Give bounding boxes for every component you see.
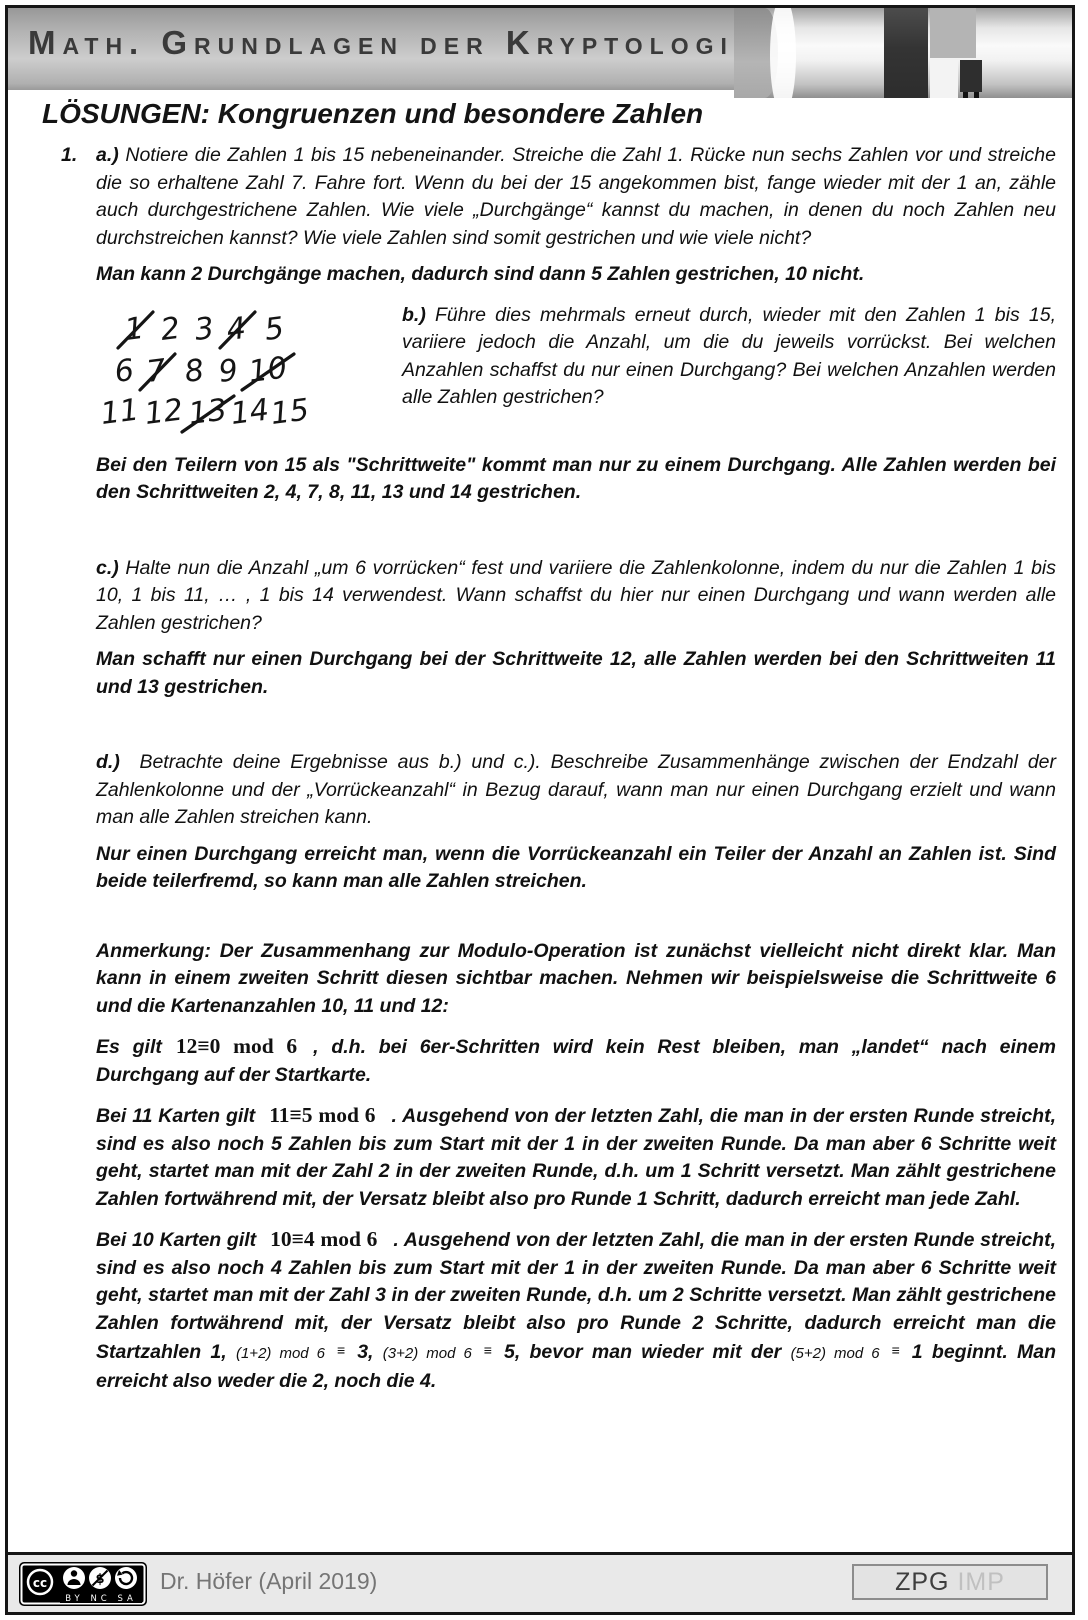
key-gray-block (930, 8, 976, 58)
karten-10-pre: Bei 10 Karten gilt (96, 1229, 256, 1251)
key-dark-bar (884, 8, 928, 98)
svg-text:11: 11 (99, 392, 141, 431)
question-c-text: Halte nun die Anzahl „um 6 vorrücken“ fe… (96, 557, 1056, 634)
equiv-sign-2: ≡ (472, 1342, 504, 1358)
key-detail-2 (974, 92, 979, 98)
key-cylinder-highlight (770, 8, 796, 98)
handwritten-figure: 123456789101112131415 (96, 302, 402, 443)
karten-11-pre: Bei 11 Karten gilt (96, 1105, 255, 1127)
mod-term-2: (3+2) mod 6 (383, 1345, 472, 1362)
congruence-12-mod-6: 12≡0 mod 6 (162, 1034, 313, 1058)
sa-icon (115, 1567, 137, 1589)
congruence-11-mod-6: 11≡5 mod 6 (255, 1103, 391, 1127)
svg-text:6: 6 (113, 352, 136, 389)
congruence-10-mod-6: 10≡4 mod 6 (256, 1227, 393, 1251)
question-c-label: c.) (96, 557, 119, 579)
question-d-text: Betrachte deine Ergebnisse aus b.) und c… (96, 751, 1056, 828)
question-a-label: a.) (96, 144, 119, 166)
question-b-label: b.) (402, 304, 426, 326)
karten-11-paragraph: Bei 11 Karten gilt11≡5 mod 6. Ausgehend … (96, 1102, 1056, 1213)
question-a: 1.a.) Notiere die Zahlen 1 bis 15 nebene… (96, 142, 1056, 252)
zpg-imp-logo: ZPG IMP (852, 1564, 1048, 1600)
content: 1.a.) Notiere die Zahlen 1 bis 15 nebene… (96, 142, 1056, 1395)
svg-text:12: 12 (143, 392, 185, 431)
key-detail-1 (963, 92, 968, 98)
question-d: d.) Betrachte deine Ergebnisse aus b.) u… (96, 749, 1056, 832)
svg-text:5: 5 (263, 310, 286, 347)
svg-text:2: 2 (159, 310, 182, 347)
svg-text:14: 14 (229, 392, 271, 431)
answer-a: Man kann 2 Durchgänge machen, dadurch si… (96, 261, 1056, 289)
cc-by-nc-sa-badge: cc $ BY NC SA (18, 1561, 148, 1607)
equiv-sign-1: ≡ (325, 1342, 357, 1358)
karten-10-t1: 3, (357, 1341, 373, 1363)
svg-text:15: 15 (269, 392, 311, 431)
zpg-label: ZPG (895, 1568, 949, 1596)
answer-b: Bei den Teilern von 15 als "Schrittweite… (96, 452, 1056, 507)
es-gilt-paragraph: Es gilt12≡0 mod 6, d.h. bei 6er-Schritte… (96, 1033, 1056, 1089)
header-key-photo (734, 8, 1072, 98)
question-b: b.) Führe dies mehrmals erneut durch, wi… (402, 302, 1056, 412)
handwritten-numbers: 123456789101112131415 (96, 306, 386, 438)
answer-c: Man schafft nur einen Durchgang bei der … (96, 646, 1056, 701)
svg-text:3: 3 (193, 310, 216, 347)
author-credit: Dr. Höfer (April 2019) (160, 1568, 377, 1595)
svg-text:8: 8 (183, 352, 206, 389)
svg-text:cc: cc (33, 1576, 47, 1590)
question-a-text: Notiere die Zahlen 1 bis 15 nebeneinande… (96, 144, 1056, 249)
karten-10-paragraph: Bei 10 Karten gilt10≡4 mod 6. Ausgehend … (96, 1226, 1056, 1395)
section-b-row: 123456789101112131415 b.) Führe dies meh… (96, 302, 1056, 443)
imp-label: IMP (957, 1568, 1004, 1596)
mod-term-1: (1+2) mod 6 (236, 1345, 325, 1362)
answer-d: Nur einen Durchgang erreicht man, wenn d… (96, 841, 1056, 896)
question-c: c.) Halte nun die Anzahl „um 6 vorrücken… (96, 555, 1056, 638)
question-b-text: Führe dies mehrmals erneut durch, wieder… (402, 304, 1056, 409)
key-dark-block (960, 60, 982, 92)
note-paragraph: Anmerkung: Der Zusammenhang zur Modulo-O… (96, 938, 1056, 1021)
task-number: 1. (61, 142, 77, 170)
equiv-sign-3: ≡ (880, 1342, 912, 1358)
cc-caption: BY NC SA (65, 1594, 137, 1604)
svg-text:9: 9 (217, 352, 240, 389)
mod-term-3: (5+2) mod 6 (791, 1345, 880, 1362)
question-d-label: d.) (96, 751, 120, 773)
worksheet-page: Math. Grundlagen der Kryptologie LÖSUNGE… (5, 5, 1075, 1615)
page-title: LÖSUNGEN: Kongruenzen und besondere Zahl… (42, 98, 703, 130)
key-white-block (930, 60, 958, 98)
header-bar: Math. Grundlagen der Kryptologie (8, 8, 734, 90)
karten-10-t2: 5, bevor man wieder mit der (504, 1341, 781, 1363)
footer: cc $ BY NC SA Dr. Höfer (April 2019) ZPG… (8, 1552, 1072, 1612)
header-title: Math. Grundlagen der Kryptologie (28, 24, 756, 62)
es-gilt-pre: Es gilt (96, 1036, 162, 1058)
